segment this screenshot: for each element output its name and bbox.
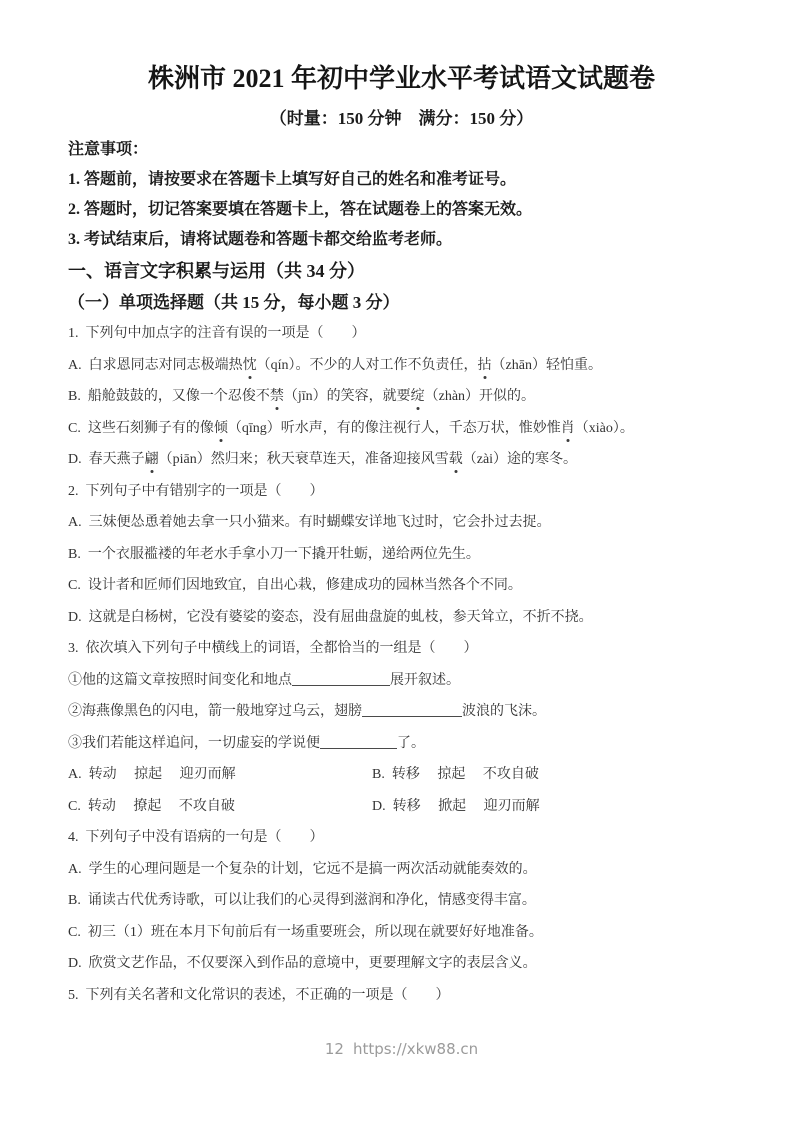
question-4-option-c: C. 初三（1）班在本月下旬前后有一场重要班会，所以现在就要好好地准备。 <box>68 923 735 943</box>
section-1-heading: 一、语言文字积累与运用（共 34 分） <box>68 259 735 284</box>
sentence-text-after-blank: 了。 <box>397 736 425 751</box>
question-3-option-row-1: A. 转动 掠起 迎刃而解 B. 转移 掠起 不攻自破 <box>68 765 735 785</box>
sentence-text-before-blank: ②海燕像黑色的闪电，箭一般地穿过乌云，翅膀 <box>68 704 362 719</box>
footer-url: https://xkw88.cn <box>353 1039 478 1059</box>
sentence-text-after-blank: 展开叙述。 <box>390 673 460 688</box>
question-1-option-c: C. 这些石刻狮子有的像倾（qīng）听水声，有的像注视行人，千态万状，惟妙惟肖… <box>68 419 735 439</box>
question-3-sentence-3: ③我们若能这样追问，一切虚妄的学说便了。 <box>68 734 735 754</box>
question-3-option-a: A. 转动 掠起 迎刃而解 <box>68 765 372 785</box>
question-2-option-b: B. 一个衣服褴褛的年老水手拿小刀一下撬开牡蛎，递给两位先生。 <box>68 545 735 565</box>
question-1-option-a: A. 白求恩同志对同志极端热忱（qín）。不少的人对工作不负责任，拈（zhān）… <box>68 356 735 376</box>
question-2-option-a: A. 三妹便怂恿着她去拿一只小猫来。有时蝴蝶安详地飞过时，它会扑过去捉。 <box>68 513 735 533</box>
question-4-option-b: B. 诵读古代优秀诗歌，可以让我们的心灵得到滋润和净化，情感变得丰富。 <box>68 891 735 911</box>
question-1-option-d: D. 春天燕子翩（piān）然归来；秋天衰草连天，准备迎接风雪载（zài）途的寒… <box>68 450 735 470</box>
sentence-text-after-blank: 波浪的飞沫。 <box>462 704 546 719</box>
question-3-option-c: C. 转动 撩起 不攻自破 <box>68 797 372 817</box>
notice-item-2: 2. 答题时，切记答案要填在答题卡上，答在试题卷上的答案无效。 <box>68 199 735 221</box>
exam-subtitle: （时量：150 分钟 满分：150 分） <box>68 107 735 131</box>
exam-title: 株洲市 2021 年初中学业水平考试语文试题卷 <box>68 62 735 96</box>
question-4-option-d: D. 欣赏文艺作品，不仅要深入到作品的意境中，更要理解文字的表层含义。 <box>68 954 735 974</box>
question-2-stem: 2. 下列句子中有错别字的一项是（ ） <box>68 482 735 502</box>
question-3-sentence-1: ①他的这篇文章按照时间变化和地点展开叙述。 <box>68 671 735 691</box>
question-3-option-row-2: C. 转动 撩起 不攻自破 D. 转移 掀起 迎刃而解 <box>68 797 735 817</box>
question-3-option-b: B. 转移 掠起 不攻自破 <box>372 765 735 785</box>
question-4-option-a: A. 学生的心理问题是一个复杂的计划，它远不是搞一两次活动就能奏效的。 <box>68 860 735 880</box>
question-3-sentence-2: ②海燕像黑色的闪电，箭一般地穿过乌云，翅膀波浪的飞沫。 <box>68 702 735 722</box>
fill-in-blank <box>362 702 462 717</box>
question-2-option-d: D. 这就是白杨树，它没有婆娑的姿态，没有屈曲盘旋的虬枝，参天耸立，不折不挠。 <box>68 608 735 628</box>
exam-paper-page: 株洲市 2021 年初中学业水平考试语文试题卷 （时量：150 分钟 满分：15… <box>0 0 793 1122</box>
sentence-text-before-blank: ①他的这篇文章按照时间变化和地点 <box>68 673 292 688</box>
subsection-1-heading: （一）单项选择题（共 15 分，每小题 3 分） <box>68 291 735 315</box>
sentence-text-before-blank: ③我们若能这样追问，一切虚妄的学说便 <box>68 736 320 751</box>
fill-in-blank <box>320 734 397 749</box>
question-1-stem: 1. 下列句中加点字的注音有误的一项是（ ） <box>68 324 735 344</box>
question-3-option-d: D. 转移 掀起 迎刃而解 <box>372 797 735 817</box>
question-2-option-c: C. 设计者和匠师们因地致宜，自出心栽，修建成功的园林当然各个不同。 <box>68 576 735 596</box>
page-footer: 12 https://xkw88.cn <box>68 1039 735 1059</box>
notice-item-1: 1. 答题前，请按要求在答题卡上填写好自己的姓名和准考证号。 <box>68 169 735 191</box>
question-1-option-b: B. 船舱鼓鼓的，又像一个忍俊不禁（jīn）的笑容，就要绽（zhàn）开似的。 <box>68 387 735 407</box>
question-5-stem: 5. 下列有关名著和文化常识的表述，不正确的一项是（ ） <box>68 986 735 1006</box>
notice-heading: 注意事项： <box>68 139 735 161</box>
question-3-stem: 3. 依次填入下列句子中横线上的词语，全都恰当的一组是（ ） <box>68 639 735 659</box>
notice-item-3: 3. 考试结束后，请将试题卷和答题卡都交给监考老师。 <box>68 229 735 251</box>
fill-in-blank <box>292 671 390 686</box>
question-4-stem: 4. 下列句子中没有语病的一句是（ ） <box>68 828 735 848</box>
page-number: 12 <box>325 1039 344 1059</box>
